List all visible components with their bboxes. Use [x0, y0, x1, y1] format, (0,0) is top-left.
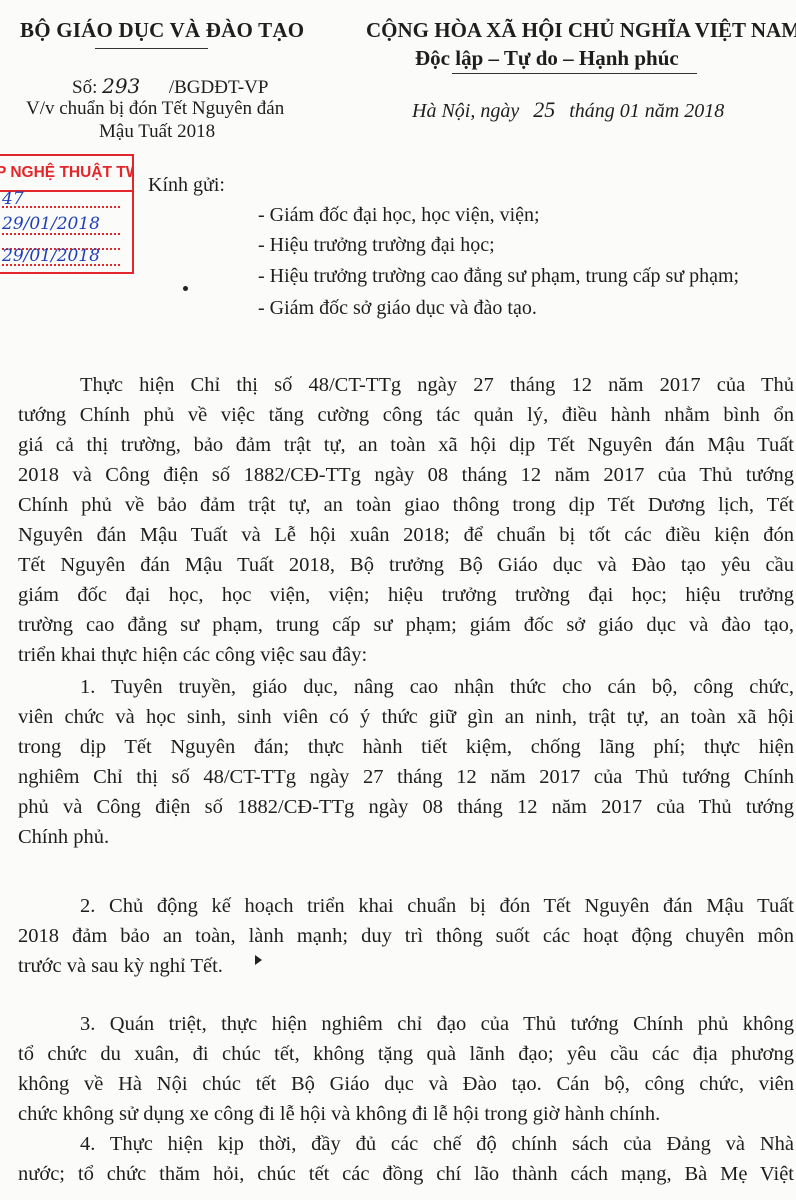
paragraph-line: Tết Nguyên đán Mậu Tuất 2018, Bộ trưởng …	[18, 552, 794, 578]
paragraph-line: trong dịp Tết Nguyên đán; thực hành tiết…	[18, 734, 794, 760]
paragraph-line: tướng Chính phủ về việc tăng cường công …	[18, 402, 794, 428]
paragraph-line: giá cả thị trường, bảo đảm trật tự, an t…	[18, 432, 794, 458]
date-prefix: Hà Nội, ngày	[412, 100, 519, 122]
paragraph-line: Chính phủ.	[18, 824, 794, 850]
paragraph-line: trước và sau kỳ nghỉ Tết.	[18, 953, 794, 979]
paragraph-line: giám đốc đại học, học viện, viện; hiệu t…	[18, 582, 794, 608]
paragraph-line: 1. Tuyên truyền, giáo dục, nâng cao nhận…	[18, 674, 794, 700]
addressee-label: Kính gửi:	[148, 174, 225, 197]
stamp-dotted-line	[0, 206, 120, 208]
paragraph-line: Thực hiện Chỉ thị số 48/CT-TTg ngày 27 t…	[18, 372, 794, 398]
addressee-item: - Hiệu trưởng trường cao đẳng sư phạm, t…	[258, 265, 739, 288]
paragraph-line: tổ chức du xuân, đi chúc tết, không tặng…	[18, 1041, 794, 1067]
issuing-organization: BỘ GIÁO DỤC VÀ ĐÀO TẠO	[20, 18, 304, 43]
paragraph-line: 4. Thực hiện kịp thời, đầy đủ các chế độ…	[18, 1131, 794, 1157]
stamp-dotted-line	[0, 233, 120, 235]
date-line: Hà Nội, ngày 25 tháng 01 năm 2018	[412, 97, 724, 123]
date-day-handwritten: 25	[524, 97, 564, 123]
task-item-1: 1. Tuyên truyền, giáo dục, nâng cao nhận…	[18, 674, 794, 854]
paragraph-line: nghiêm Chỉ thị số 48/CT-TTg ngày 27 thán…	[18, 764, 794, 790]
stamp-dotted-line	[0, 264, 120, 266]
paragraph-line: nước; tổ chức thăm hỏi, chúc tết các đồn…	[18, 1161, 794, 1187]
stamp-date-forwarded: 29/01/2018	[2, 246, 100, 266]
received-stamp: P NGHỆ THUẬT TW 47 29/01/2018 29/01/2018	[0, 154, 134, 274]
intro-paragraph: Thực hiện Chỉ thị số 48/CT-TTg ngày 27 t…	[18, 372, 794, 672]
paragraph-line: 2018 đảm bảo an toàn, lành mạnh; duy trì…	[18, 923, 794, 949]
task-item-3: 3. Quán triệt, thực hiện nghiêm chỉ đạo …	[18, 1011, 794, 1131]
stamp-title: P NGHỆ THUẬT TW	[0, 156, 132, 192]
document-number-handwritten: 293	[102, 74, 164, 98]
stamp-date-received: 29/01/2018	[2, 214, 100, 234]
addressee-item: - Hiệu trưởng trường đại học;	[258, 234, 495, 257]
paragraph-line: Nguyên đán Mậu Tuất và Lễ hội xuân 2018;…	[18, 522, 794, 548]
subject-line-1: V/v chuẩn bị đón Tết Nguyên đán	[26, 98, 284, 120]
paragraph-line: viên chức và học sinh, sinh viên có ý th…	[18, 704, 794, 730]
organization-underline	[95, 48, 208, 49]
document-number: Số: 293 /BGDĐT-VP	[72, 74, 268, 99]
paragraph-line: Chính phủ về bảo đảm trật tự, an toàn gi…	[18, 492, 794, 518]
subject-line-2: Mậu Tuất 2018	[99, 121, 215, 143]
addressee-item: - Giám đốc đại học, học viện, viện;	[258, 204, 540, 227]
paragraph-line: 2018 và Công điện số 1882/CĐ-TTg ngày 08…	[18, 462, 794, 488]
paragraph-line: trường cao đẳng sư phạm, trung cấp sư ph…	[18, 612, 794, 638]
motto-underline	[452, 73, 697, 74]
date-suffix: tháng 01 năm 2018	[569, 100, 724, 122]
task-item-2: 2. Chủ động kế hoạch triển khai chuẩn bị…	[18, 893, 794, 983]
paragraph-line: chức không sử dụng xe công đi lễ hội và …	[18, 1101, 794, 1127]
paragraph-line: 2. Chủ động kế hoạch triển khai chuẩn bị…	[18, 893, 794, 919]
paragraph-line: triển khai thực hiện các công việc sau đ…	[18, 642, 794, 668]
task-item-4: 4. Thực hiện kịp thời, đầy đủ các chế độ…	[18, 1131, 794, 1191]
national-motto: Độc lập – Tự do – Hạnh phúc	[415, 46, 679, 71]
addressee-item: - Giám đốc sở giáo dục và đào tạo.	[258, 297, 537, 320]
stray-mark	[183, 286, 188, 291]
document-number-label: Số:	[72, 77, 97, 98]
paragraph-line: không về Hà Nội chúc tết Bộ Giáo dục và …	[18, 1071, 794, 1097]
country-name: CỘNG HÒA XÃ HỘI CHỦ NGHĨA VIỆT NAM	[366, 18, 796, 43]
stray-mark	[255, 955, 262, 965]
document-number-suffix: /BGDĐT-VP	[169, 77, 269, 98]
paragraph-line: phủ và Công điện số 1882/CĐ-TTg ngày 08 …	[18, 794, 794, 820]
paragraph-line: 3. Quán triệt, thực hiện nghiêm chỉ đạo …	[18, 1011, 794, 1037]
